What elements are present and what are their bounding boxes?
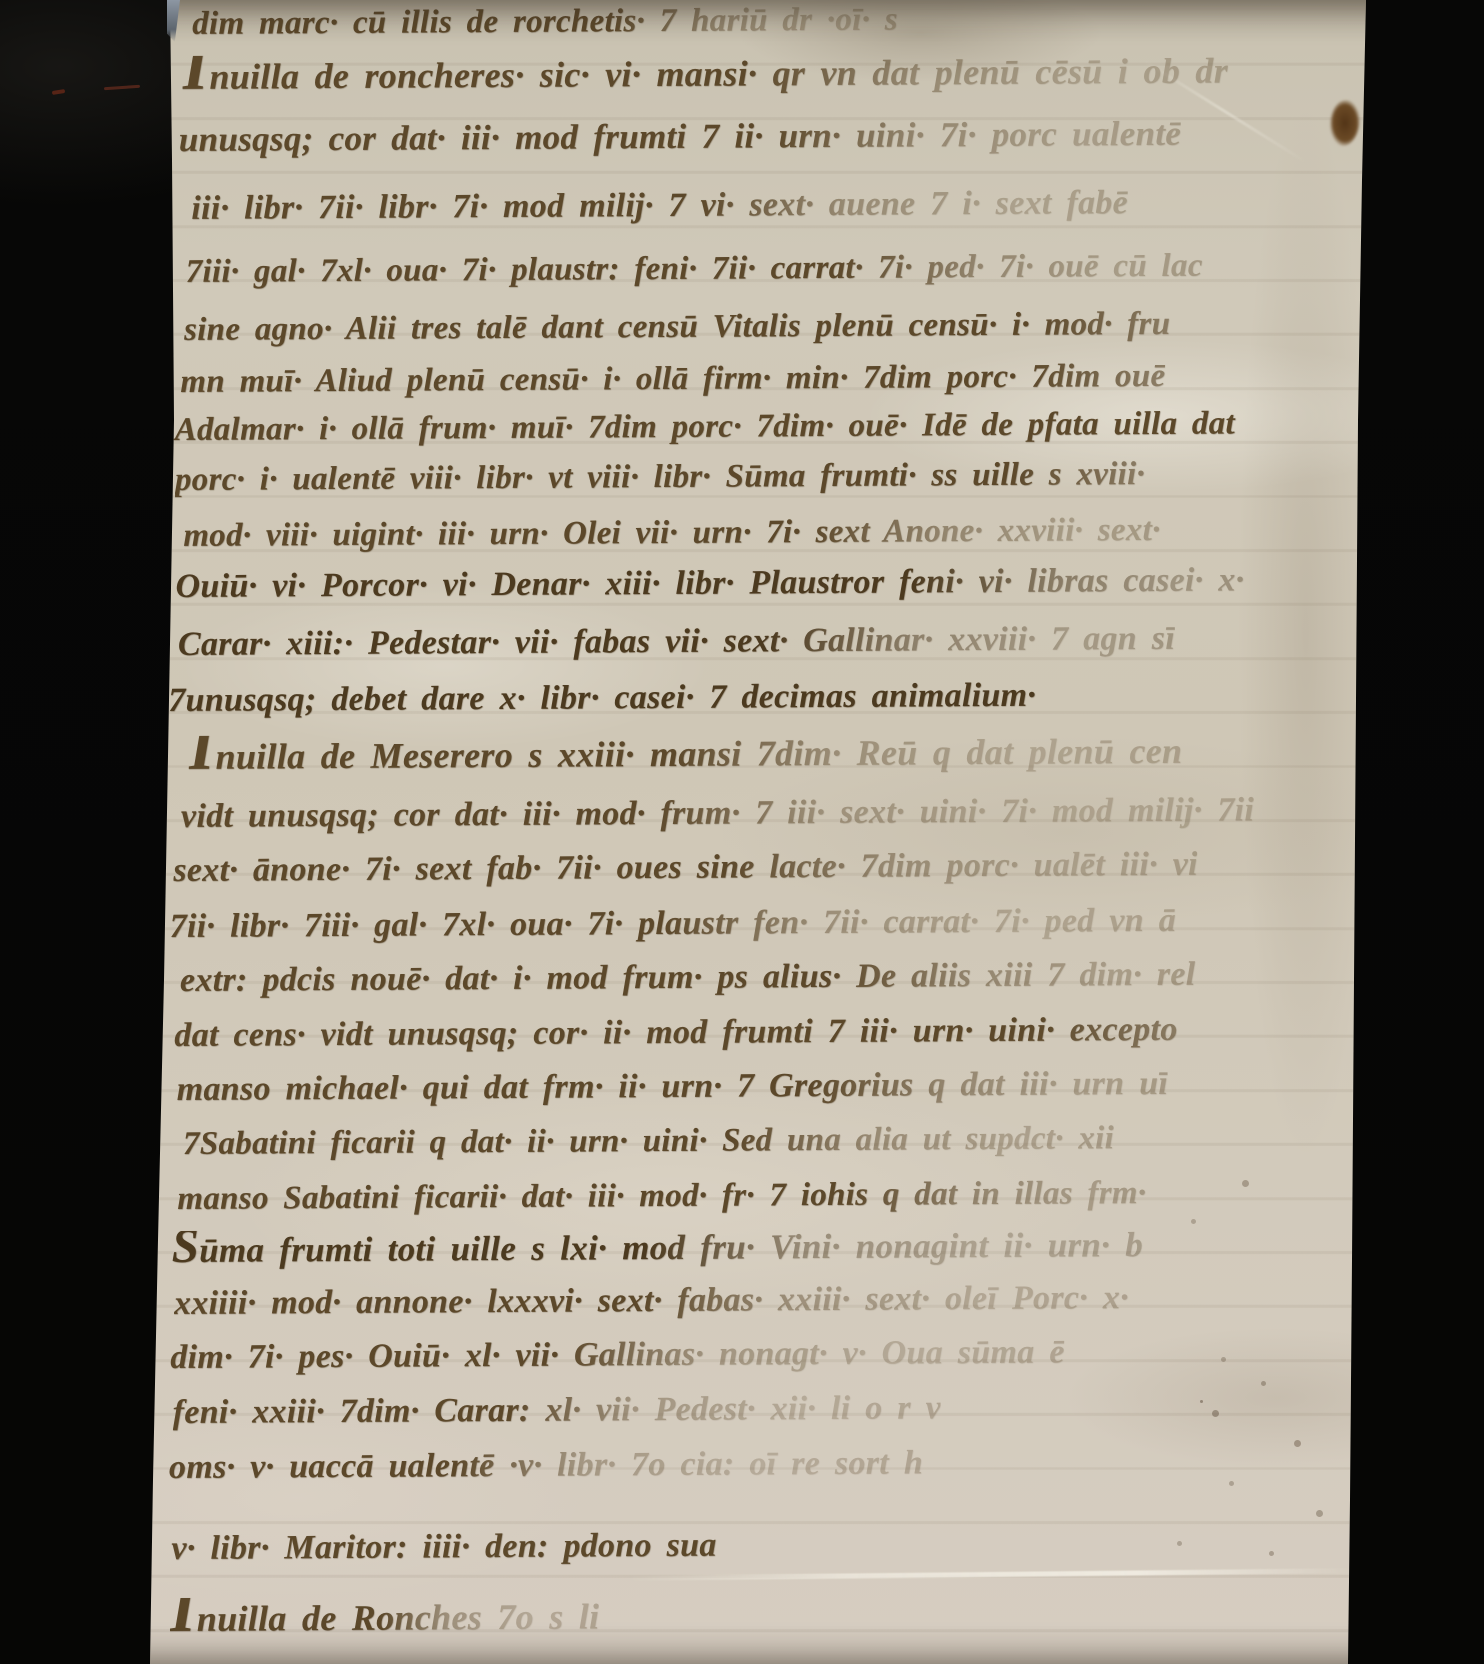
manuscript-line: Adalmar· i· ollā frum· muī· 7dim porc· 7… bbox=[175, 406, 1236, 449]
red-fiber-mark bbox=[104, 85, 140, 91]
manuscript-line: xxiiii· mod· annone· lxxxvi· sext· fabas… bbox=[174, 1279, 1129, 1323]
manuscript-line: sext· ānone· 7i· sext fab· 7ii· oues sin… bbox=[173, 846, 1198, 890]
manuscript-line: manso michael· qui dat frm· ii· urn· 7 G… bbox=[177, 1065, 1169, 1109]
manuscript-line: Inuilla de Ronches 7o s li bbox=[170, 1595, 600, 1640]
manuscript-line: Ouiū· vi· Porcor· vi· Denar· xiii· libr·… bbox=[175, 561, 1244, 606]
manuscript-line: extr: pdcis nouē· dat· i· mod frum· ps a… bbox=[180, 956, 1196, 1000]
manuscript-line: sine agno· Alii tres talē dant censū Vit… bbox=[184, 306, 1171, 349]
manuscript-line: dat cens· vidt unusqsq; cor· ii· mod fru… bbox=[174, 1011, 1177, 1055]
manuscript-line: unusqsq; cor dat· iii· mod frumti 7 ii· … bbox=[179, 114, 1182, 160]
manuscript-line: mod· viii· uigint· iii· urn· Olei vii· u… bbox=[183, 512, 1161, 555]
manuscript-line: oms· v· uaccā ualentē ·v· libr· 7o cia: … bbox=[169, 1444, 923, 1487]
manuscript-line: Inuilla de Meserero s xxiii· mansi 7dim·… bbox=[188, 730, 1182, 778]
parchment-sheet: dim marc· cū illis de rorchetis· 7 hariū… bbox=[0, 0, 1484, 1664]
manuscript-line: v· libr· Maritor: iiii· den: pdono sua bbox=[171, 1527, 716, 1568]
manuscript-line: vidt unusqsq; cor dat· iii· mod· frum· 7… bbox=[181, 791, 1254, 836]
red-fiber-mark bbox=[52, 89, 65, 95]
manuscript-line: 7unusqsq; debet dare x· libr· casei· 7 d… bbox=[168, 677, 1036, 720]
manuscript-line: manso Sabatini ficarii· dat· iii· mod· f… bbox=[177, 1175, 1146, 1218]
manuscript-photograph: dim marc· cū illis de rorchetis· 7 hariū… bbox=[0, 0, 1484, 1664]
manuscript-line: iii· libr· 7ii· libr· 7i· mod milij· 7 v… bbox=[191, 184, 1128, 228]
manuscript-line: Sūma frumti toti uille s lxi· mod fru· V… bbox=[172, 1225, 1144, 1271]
manuscript-line: feni· xxiii· 7dim· Carar: xl· vii· Pedes… bbox=[173, 1389, 942, 1432]
manuscript-line: 7Sabatini ficarii q dat· ii· urn· uini· … bbox=[183, 1120, 1114, 1163]
manuscript-line: Carar· xiii:· Pedestar· vii· fabas vii· … bbox=[178, 620, 1175, 664]
manuscript-line: Inuilla de roncheres· sic· vi· mansi· qr… bbox=[182, 50, 1228, 98]
manuscript-text: dim marc· cū illis de rorchetis· 7 hariū… bbox=[0, 0, 1484, 1664]
manuscript-line: porc· i· ualentē viii· libr· vt viii· li… bbox=[175, 456, 1145, 499]
manuscript-line: 7ii· libr· 7iii· gal· 7xl· oua· 7i· plau… bbox=[170, 902, 1177, 946]
manuscript-line: dim marc· cū illis de rorchetis· 7 hariū… bbox=[192, 2, 898, 43]
manuscript-line: dim· 7i· pes· Ouiū· xl· vii· Gallinas· n… bbox=[170, 1334, 1065, 1377]
manuscript-line: 7iii· gal· 7xl· oua· 7i· plaustr: feni· … bbox=[186, 248, 1203, 291]
manuscript-line: mn muī· Aliud plenū censū· i· ollā firm·… bbox=[180, 358, 1165, 401]
